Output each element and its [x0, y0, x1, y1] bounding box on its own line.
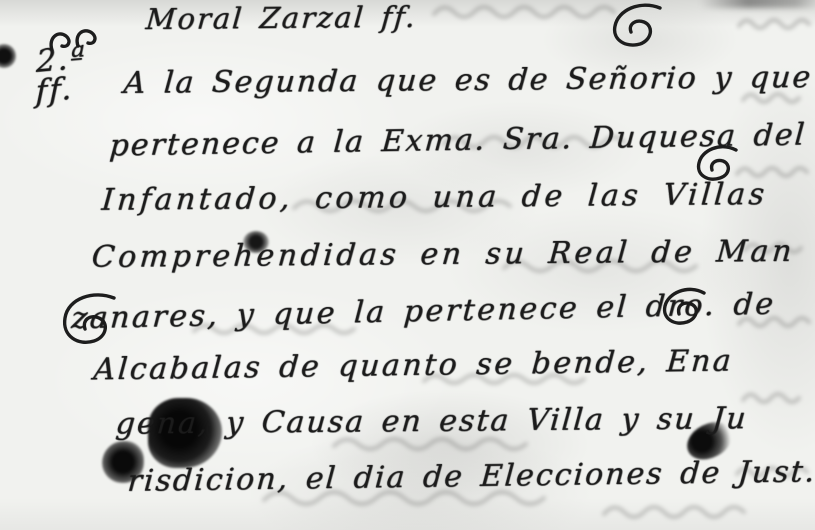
manuscript-header-line: Moral Zarzal ff. — [145, 0, 419, 36]
bleed-through-text — [736, 14, 814, 34]
margin-entry-number: 2.ª ff. — [35, 41, 100, 106]
manuscript-line: Infantado, como una de las Villas — [100, 177, 769, 218]
bleed-through-text — [600, 500, 750, 524]
manuscript-page: Moral Zarzal ff. 2.ª ff. A la Segunda qu… — [0, 0, 815, 530]
bleed-through-text — [430, 0, 620, 24]
edge-smudge — [700, 0, 815, 8]
manuscript-line: gena, y Causa en esta Villa y su Ju — [114, 401, 749, 442]
manuscript-line: risdicion, el dia de Elecciones de Just.… — [126, 454, 815, 499]
pen-flourish — [610, 2, 666, 54]
manuscript-line: Comprehendidas en su Real de Man — [90, 234, 796, 275]
manuscript-line: Alcabalas de quanto se bende, Ena — [92, 344, 734, 388]
manuscript-line: A la Segunda que es de Señorio y que — [122, 60, 813, 101]
bleed-through-text — [740, 388, 812, 408]
ink-blot — [0, 44, 16, 68]
